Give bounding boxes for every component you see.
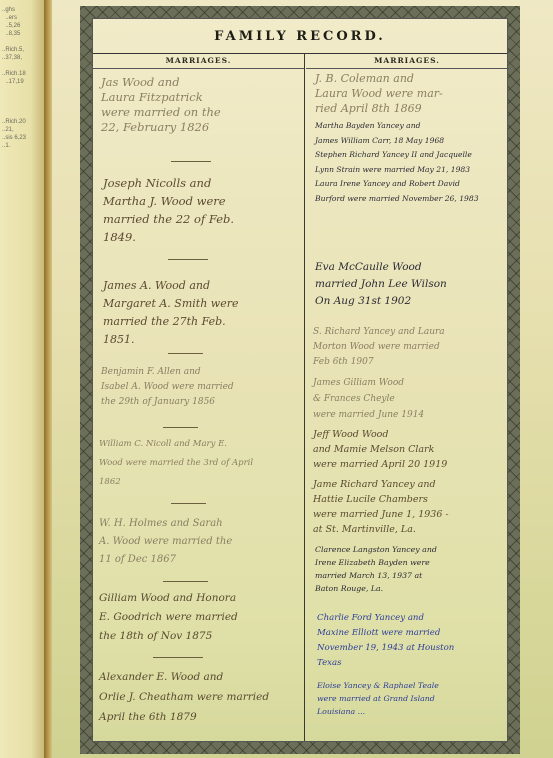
title-rule	[93, 53, 507, 54]
marriage-entry: William C. Nicoll and Mary E. Wood were …	[99, 435, 253, 492]
marriage-entry: James Gilliam Wood & Frances Cheyle were…	[313, 375, 424, 423]
marriage-entry: Martha Bayden Yancey and James William C…	[315, 119, 479, 206]
marriage-entry: Jas Wood and Laura Fitzpatrick were marr…	[101, 75, 221, 135]
entry-separator	[171, 503, 206, 504]
book-gutter	[44, 0, 52, 758]
facing-left-page: ..ghs ..ers ..5,26 ..8,35 ..Rich.5, ..37…	[0, 0, 44, 758]
marriage-entry: Alexander E. Wood and Orlie J. Cheatham …	[99, 667, 269, 727]
page-title: FAMILY RECORD.	[93, 29, 507, 44]
marriage-entry: S. Richard Yancey and Laura Morton Wood …	[313, 325, 445, 370]
marriage-entry: Eva McCaulle Wood married John Lee Wilso…	[315, 259, 447, 310]
header-rule-left	[93, 68, 304, 69]
entry-separator	[153, 657, 203, 658]
entry-separator	[171, 161, 211, 162]
marriage-entry: Jame Richard Yancey and Hattie Lucile Ch…	[313, 477, 449, 537]
column-divider	[304, 53, 305, 741]
entry-separator	[168, 353, 203, 354]
marriage-entry: Clarence Langston Yancey and Irene Eliza…	[315, 543, 437, 595]
column-header-right: MARRIAGES.	[305, 56, 509, 65]
marriage-entry: James A. Wood and Margaret A. Smith were…	[103, 277, 238, 349]
left-page-text-fragment: ..ghs ..ers ..5,26 ..8,35 ..Rich.5, ..37…	[2, 6, 40, 150]
record-panel: FAMILY RECORD. MARRIAGES. MARRIAGES. Jas…	[92, 18, 508, 742]
marriage-entry: Charlie Ford Yancey and Maxine Elliott w…	[317, 611, 454, 671]
entry-separator	[163, 427, 198, 428]
column-header-left: MARRIAGES.	[93, 56, 304, 65]
marriage-entry: Gilliam Wood and Honora E. Goodrich were…	[99, 589, 238, 646]
marriage-entry: W. H. Holmes and Sarah A. Wood were marr…	[99, 515, 232, 569]
entry-separator	[163, 581, 208, 582]
marriage-entry: Joseph Nicolls and Martha J. Wood were m…	[103, 174, 234, 246]
marriage-entry: Eloise Yancey & Raphael Teale were marri…	[317, 679, 439, 718]
entry-separator	[168, 259, 208, 260]
marriage-entry: Jeff Wood Wood and Mamie Melson Clark we…	[313, 427, 447, 472]
marriage-entry: Benjamin F. Allen and Isabel A. Wood wer…	[101, 365, 234, 410]
marriage-entry: J. B. Coleman and Laura Wood were mar- r…	[315, 71, 443, 116]
header-rule-right	[306, 68, 509, 69]
